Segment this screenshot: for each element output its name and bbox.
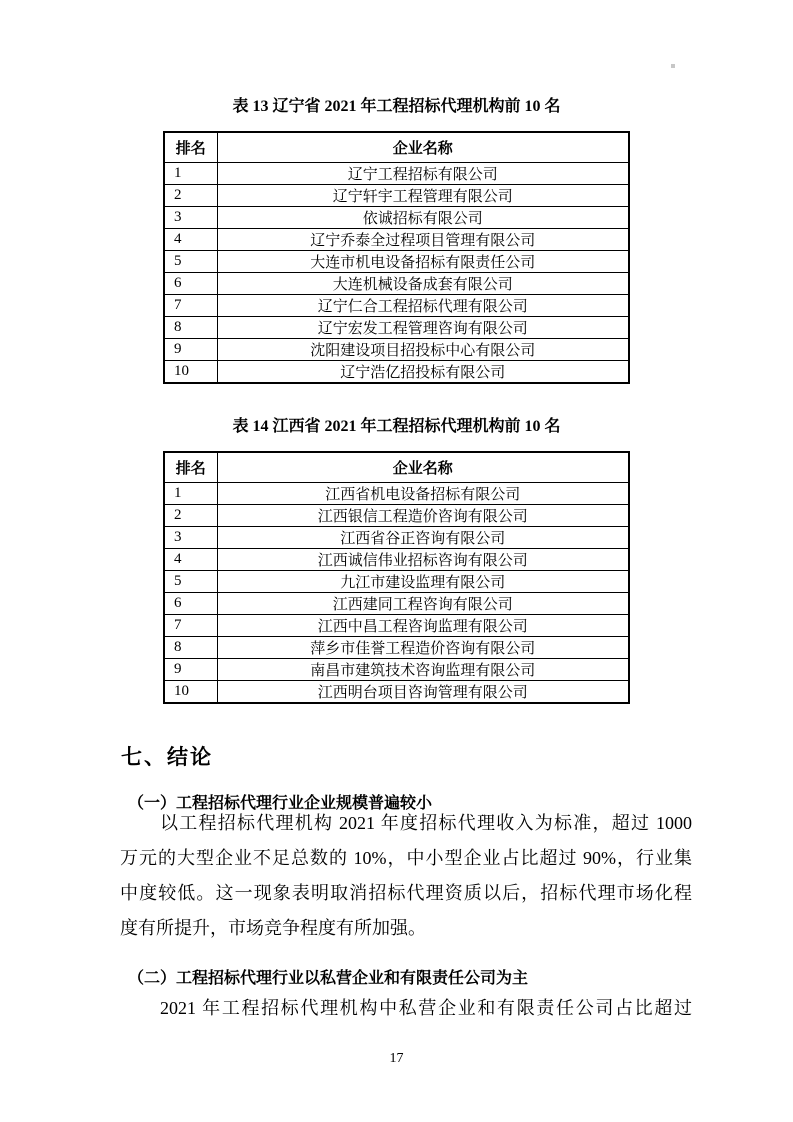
table-row: 2 江西银信工程造价咨询有限公司 [164,505,629,527]
document-page: 表 13 辽宁省 2021 年工程招标代理机构前 10 名 排名 企业名称 1 … [0,0,793,1122]
subsection-2-title: （二）工程招标代理行业以私营企业和有限责任公司为主 [128,965,528,988]
rank-cell: 6 [164,273,217,295]
rank-cell: 7 [164,615,217,637]
table-row: 4 江西诚信伟业招标咨询有限公司 [164,549,629,571]
body-line: 2021 年工程招标代理机构中私营企业和有限责任公司占比超过 [120,991,692,1026]
body-line: 中度较低。这一现象表明取消招标代理资质以后，招标代理市场化程 [120,876,692,911]
table-row: 9 南昌市建筑技术咨询监理有限公司 [164,659,629,681]
company-cell: 辽宁仁合工程招标代理有限公司 [217,295,629,317]
table-row: 7 辽宁仁合工程招标代理有限公司 [164,295,629,317]
company-cell: 辽宁乔泰全过程项目管理有限公司 [217,229,629,251]
subsection-1-body: 以工程招标代理机构 2021 年度招标代理收入为标准，超过 1000 万元的大型… [120,806,692,946]
scan-speck [671,64,675,68]
table-row: 10 辽宁浩亿招投标有限公司 [164,361,629,384]
company-cell: 大连机械设备成套有限公司 [217,273,629,295]
body-line: 度有所提升，市场竞争程度有所加强。 [120,911,692,946]
rank-cell: 3 [164,527,217,549]
table-row: 8 辽宁宏发工程管理咨询有限公司 [164,317,629,339]
table-row: 5 九江市建设监理有限公司 [164,571,629,593]
rank-cell: 6 [164,593,217,615]
rank-cell: 1 [164,483,217,505]
table-row: 3 江西省谷正咨询有限公司 [164,527,629,549]
table-row: 1 辽宁工程招标有限公司 [164,163,629,185]
rank-header-cell: 排名 [164,132,217,163]
company-cell: 江西明台项目咨询管理有限公司 [217,681,629,704]
company-cell: 江西中昌工程咨询监理有限公司 [217,615,629,637]
table-row: 7 江西中昌工程咨询监理有限公司 [164,615,629,637]
company-header-cell: 企业名称 [217,132,629,163]
company-cell: 辽宁轩宇工程管理有限公司 [217,185,629,207]
table14: 排名 企业名称 1 江西省机电设备招标有限公司 2 江西银信工程造价咨询有限公司… [163,451,630,704]
rank-cell: 9 [164,339,217,361]
rank-cell: 5 [164,571,217,593]
company-cell: 江西建同工程咨询有限公司 [217,593,629,615]
table14-title: 表 14 江西省 2021 年工程招标代理机构前 10 名 [163,417,630,436]
company-cell: 辽宁工程招标有限公司 [217,163,629,185]
company-cell: 辽宁宏发工程管理咨询有限公司 [217,317,629,339]
company-header-cell: 企业名称 [217,452,629,483]
body-line: 以工程招标代理机构 2021 年度招标代理收入为标准，超过 1000 [120,806,692,841]
company-cell: 辽宁浩亿招投标有限公司 [217,361,629,384]
table-row: 8 萍乡市佳誉工程造价咨询有限公司 [164,637,629,659]
rank-cell: 7 [164,295,217,317]
company-cell: 江西省谷正咨询有限公司 [217,527,629,549]
rank-cell: 8 [164,637,217,659]
company-cell: 萍乡市佳誉工程造价咨询有限公司 [217,637,629,659]
company-cell: 江西省机电设备招标有限公司 [217,483,629,505]
rank-cell: 4 [164,229,217,251]
table-header-row: 排名 企业名称 [164,452,629,483]
table13-title: 表 13 辽宁省 2021 年工程招标代理机构前 10 名 [163,97,630,116]
rank-cell: 9 [164,659,217,681]
table-row: 3 依诚招标有限公司 [164,207,629,229]
company-cell: 大连市机电设备招标有限责任公司 [217,251,629,273]
company-cell: 沈阳建设项目招投标中心有限公司 [217,339,629,361]
rank-cell: 1 [164,163,217,185]
table-row: 4 辽宁乔泰全过程项目管理有限公司 [164,229,629,251]
rank-cell: 2 [164,185,217,207]
conclusion-heading: 七、结论 [121,741,213,771]
table-row: 1 江西省机电设备招标有限公司 [164,483,629,505]
rank-header-cell: 排名 [164,452,217,483]
page-number: 17 [0,1051,793,1067]
body-line: 万元的大型企业不足总数的 10%，中小型企业占比超过 90%，行业集 [120,841,692,876]
rank-cell: 2 [164,505,217,527]
table-header-row: 排名 企业名称 [164,132,629,163]
rank-cell: 5 [164,251,217,273]
table13: 排名 企业名称 1 辽宁工程招标有限公司 2 辽宁轩宇工程管理有限公司 3 依诚… [163,131,630,384]
subsection-2-body: 2021 年工程招标代理机构中私营企业和有限责任公司占比超过 [120,991,692,1026]
company-cell: 江西诚信伟业招标咨询有限公司 [217,549,629,571]
table-row: 6 大连机械设备成套有限公司 [164,273,629,295]
rank-cell: 10 [164,361,217,384]
company-cell: 依诚招标有限公司 [217,207,629,229]
company-cell: 江西银信工程造价咨询有限公司 [217,505,629,527]
table-row: 6 江西建同工程咨询有限公司 [164,593,629,615]
company-cell: 南昌市建筑技术咨询监理有限公司 [217,659,629,681]
rank-cell: 8 [164,317,217,339]
table-row: 5 大连市机电设备招标有限责任公司 [164,251,629,273]
table-row: 9 沈阳建设项目招投标中心有限公司 [164,339,629,361]
rank-cell: 3 [164,207,217,229]
table-row: 2 辽宁轩宇工程管理有限公司 [164,185,629,207]
rank-cell: 10 [164,681,217,704]
rank-cell: 4 [164,549,217,571]
table-row: 10 江西明台项目咨询管理有限公司 [164,681,629,704]
company-cell: 九江市建设监理有限公司 [217,571,629,593]
